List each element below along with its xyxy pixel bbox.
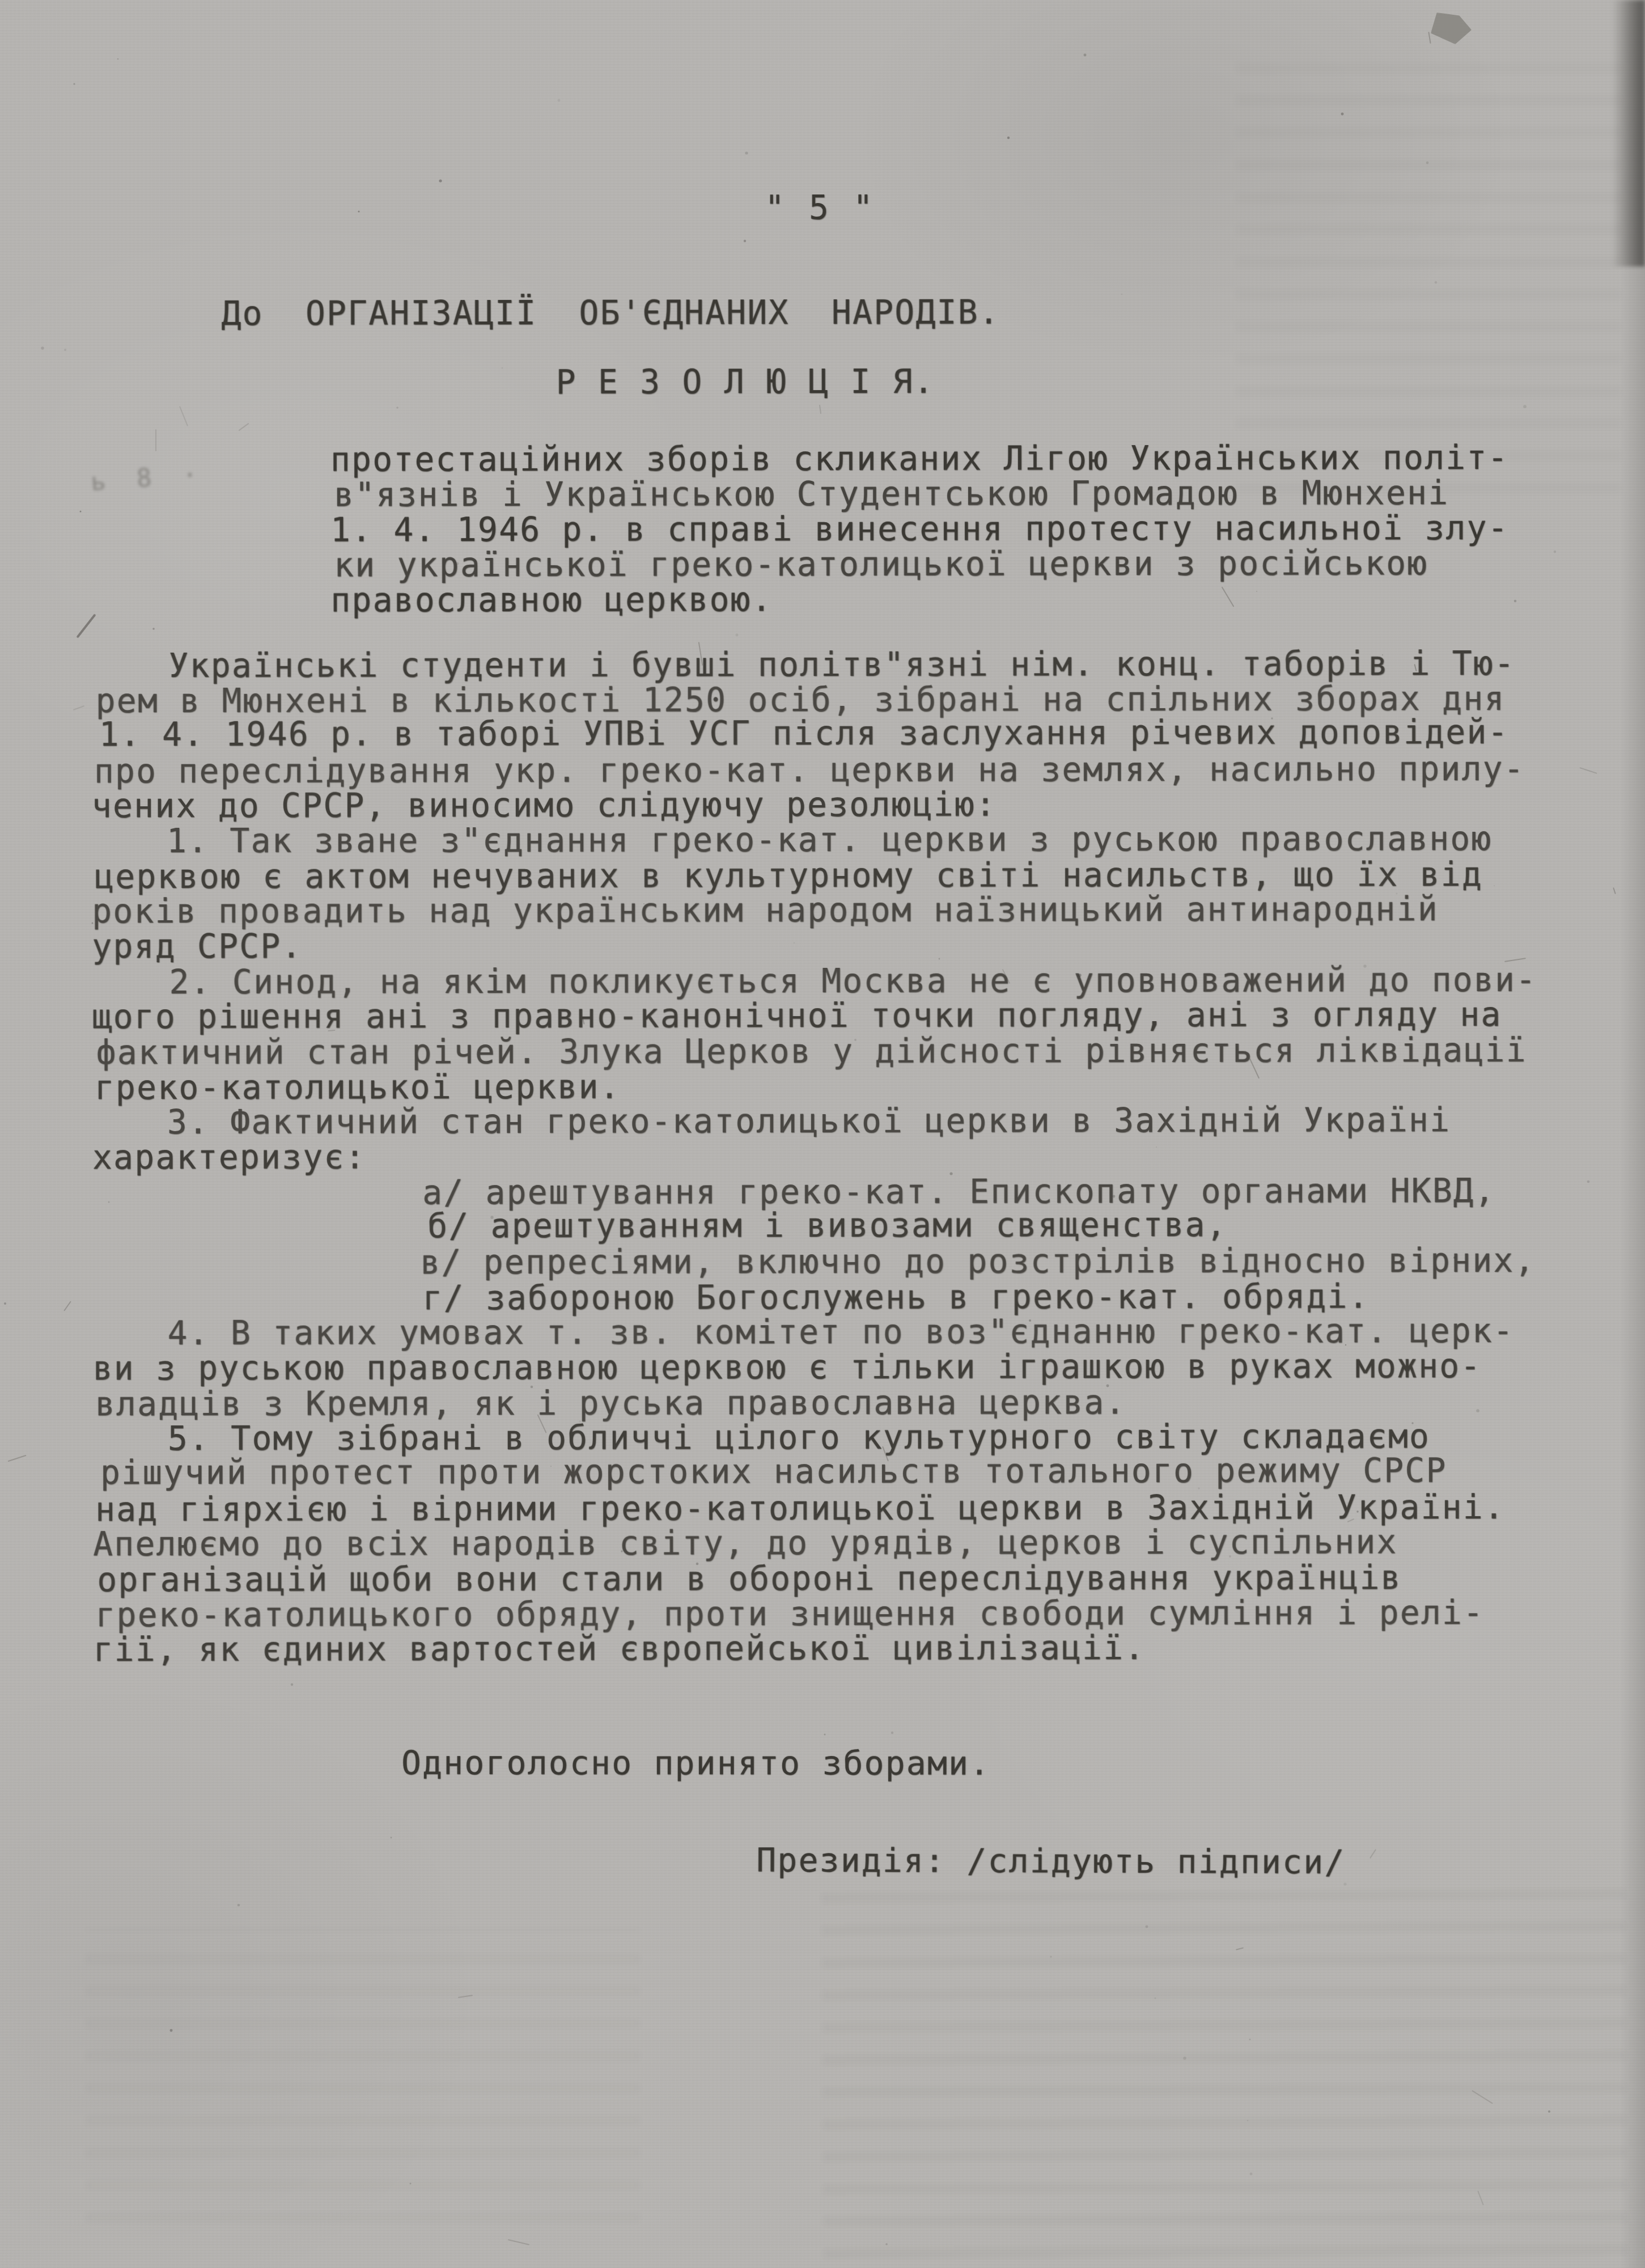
scanned-document-page: ь 8 · " 5 " До ОРГАНІЗАЦІЇ ОБ'ЄДНАНИХ НА… (0, 0, 1645, 2268)
scan-vignette (0, 0, 1645, 2268)
